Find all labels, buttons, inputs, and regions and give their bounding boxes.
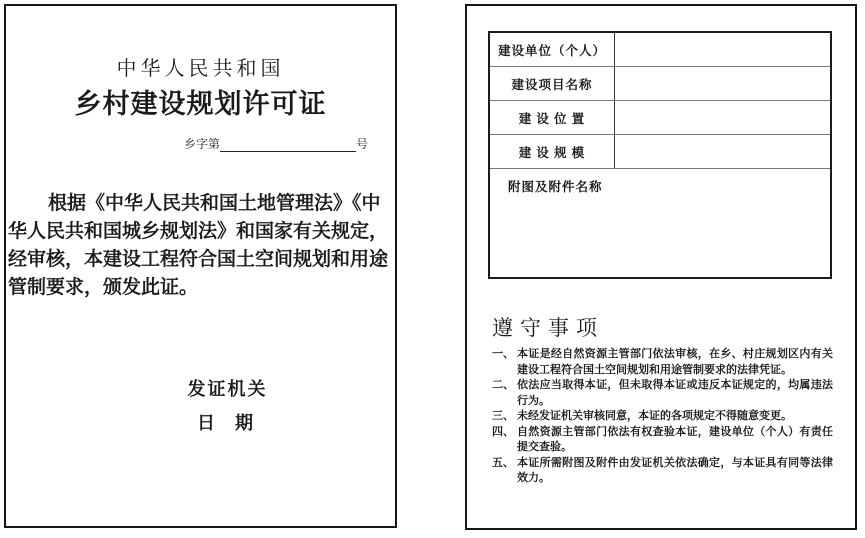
issuer-label: 发证机关 [6, 375, 395, 401]
notice-item-number: 四、 [492, 425, 517, 456]
certificate-body-line: 根据《中华人民共和国土地管理法》《中 [8, 190, 398, 218]
form-row: 建 设 位 置 [490, 101, 830, 135]
serial-blank-line [220, 136, 356, 152]
notice-item-number: 一、 [492, 347, 517, 378]
form-table: 建设单位（个人）建设项目名称建 设 位 置建 设 规 模 附图及附件名称 [488, 31, 832, 279]
notice-item-number: 五、 [492, 456, 517, 487]
serial-prefix-label: 乡字第 [184, 135, 220, 152]
notice-item-text: 自然资源主管部门依法有权查验本证，建设单位（个人）有责任提交查验。 [517, 425, 833, 456]
certificate-body-line: 经审核，本建设工程符合国土空间规划和用途 [8, 246, 398, 274]
notices-heading: 遵守事项 [492, 312, 604, 342]
certificate-body-line: 管制要求，颁发此证。 [8, 274, 398, 302]
certificate-form-page: 建设单位（个人）建设项目名称建 设 位 置建 设 规 模 附图及附件名称 遵守事… [465, 4, 857, 530]
notice-item-text: 依法应当取得本证，但未取得本证或违反本证规定的，均属违法行为。 [517, 378, 833, 409]
form-row-value-cell [615, 67, 830, 100]
form-table-rows: 建设单位（个人）建设项目名称建 设 位 置建 设 规 模 [490, 33, 830, 169]
certificate-title: 乡村建设规划许可证 [6, 82, 395, 121]
notice-item: 四、自然资源主管部门依法有权查验本证，建设单位（个人）有责任提交查验。 [492, 425, 833, 456]
form-row: 建设项目名称 [490, 67, 830, 101]
serial-suffix-label: 号 [356, 135, 368, 152]
notices-list: 一、本证是经自然资源主管部门依法审核，在乡、村庄规划区内有关建设工程符合国土空间… [492, 347, 833, 487]
notice-item-text: 本证所需附图及附件由发证机关依法确定，与本证具有同等法律效力。 [517, 456, 833, 487]
date-label: 日 期 [6, 409, 395, 435]
form-row-value-cell [615, 33, 830, 66]
attachment-row: 附图及附件名称 [490, 169, 830, 277]
notice-item: 三、未经发证机关审核同意，本证的各项规定不得随意变更。 [492, 409, 833, 425]
notice-item-text: 本证是经自然资源主管部门依法审核，在乡、村庄规划区内有关建设工程符合国土空间规划… [517, 347, 833, 378]
form-row-label: 建设项目名称 [490, 67, 615, 100]
serial-number-row: 乡字第 号 [184, 135, 368, 152]
country-title: 中华人民共和国 [6, 52, 395, 81]
certificate-body-paragraph: 根据《中华人民共和国土地管理法》《中华人民共和国城乡规划法》和国家有关规定，经审… [8, 190, 398, 302]
notice-item: 一、本证是经自然资源主管部门依法审核，在乡、村庄规划区内有关建设工程符合国土空间… [492, 347, 833, 378]
form-row-label: 建设单位（个人） [490, 33, 615, 66]
form-row-value-cell [615, 101, 830, 134]
form-row-value-cell [615, 135, 830, 168]
notice-item-number: 三、 [492, 409, 517, 425]
notice-item-text: 未经发证机关审核同意，本证的各项规定不得随意变更。 [517, 409, 833, 425]
form-row: 建设单位（个人） [490, 33, 830, 67]
notice-item: 二、依法应当取得本证，但未取得本证或违反本证规定的，均属违法行为。 [492, 378, 833, 409]
certificate-body-line: 华人民共和国城乡规划法》和国家有关规定， [8, 218, 398, 246]
scanned-permit-document: { "colors": { "ink": "#1a1a1a", "page_ba… [0, 0, 865, 538]
form-row: 建 设 规 模 [490, 135, 830, 169]
notice-item-number: 二、 [492, 378, 517, 409]
form-row-label: 建 设 规 模 [490, 135, 615, 168]
form-row-label: 建 设 位 置 [490, 101, 615, 134]
certificate-cover-page: 中华人民共和国 乡村建设规划许可证 乡字第 号 根据《中华人民共和国土地管理法》… [4, 4, 397, 528]
attachment-label: 附图及附件名称 [508, 180, 603, 194]
notice-item: 五、本证所需附图及附件由发证机关依法确定，与本证具有同等法律效力。 [492, 456, 833, 487]
